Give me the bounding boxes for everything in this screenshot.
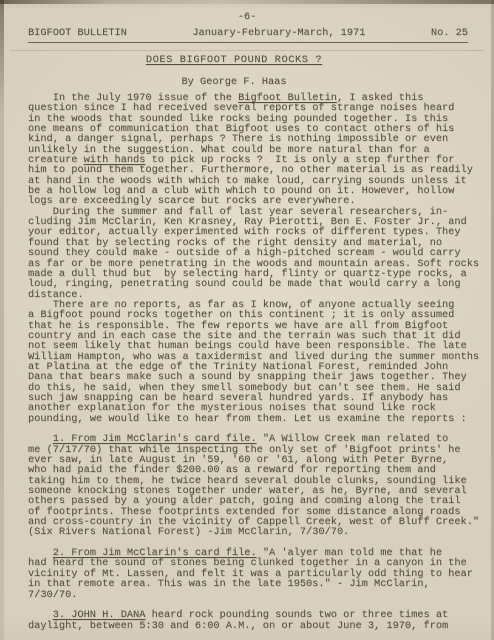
- body-line: in that remote area. This was in the lat…: [28, 579, 490, 589]
- text-segment: 7/30/70.: [28, 589, 77, 601]
- article-title-text: DOES BIGFOOT POUND ROCKS ?: [146, 54, 322, 67]
- article-title: DOES BIGFOOT POUND ROCKS ?: [28, 55, 440, 65]
- body-line: pounding, we would like to hear from the…: [28, 414, 490, 424]
- publication-title: BIGFOOT BULLETIN: [28, 28, 127, 38]
- article-byline: By George F. Haas: [28, 77, 440, 87]
- text-segment: loud, ringing, penetrating sound could b…: [28, 278, 461, 290]
- text-segment: in that remote area. This was in the lat…: [28, 578, 430, 590]
- text-segment: daylight, between 5:30 and 6:00 A.M., on…: [28, 620, 448, 632]
- text-segment: (Six Rivers National Forest) -Jim McClar…: [28, 526, 349, 538]
- scanned-document-page: -6- BIGFOOT BULLETIN January-February-Ma…: [0, 0, 494, 640]
- body-line: daylight, between 5:30 and 6:00 A.M., on…: [28, 621, 490, 631]
- page-number: -6-: [0, 12, 494, 22]
- issue-number: No. 25: [431, 28, 468, 38]
- body-line: (Six Rivers National Forest) -Jim McClar…: [28, 527, 490, 537]
- scan-artifact-rule: [10, 50, 484, 51]
- masthead: BIGFOOT BULLETIN January-February-March,…: [28, 28, 468, 43]
- issue-date: January-February-March, 1971: [192, 28, 365, 38]
- body-line: 7/30/70.: [28, 590, 490, 600]
- body-line: loud, ringing, penetrating sound could b…: [28, 279, 490, 289]
- text-segment: pounding, we would like to hear from the…: [28, 413, 467, 425]
- document-body: In the July 1970 issue of the Bigfoot Bu…: [28, 93, 490, 631]
